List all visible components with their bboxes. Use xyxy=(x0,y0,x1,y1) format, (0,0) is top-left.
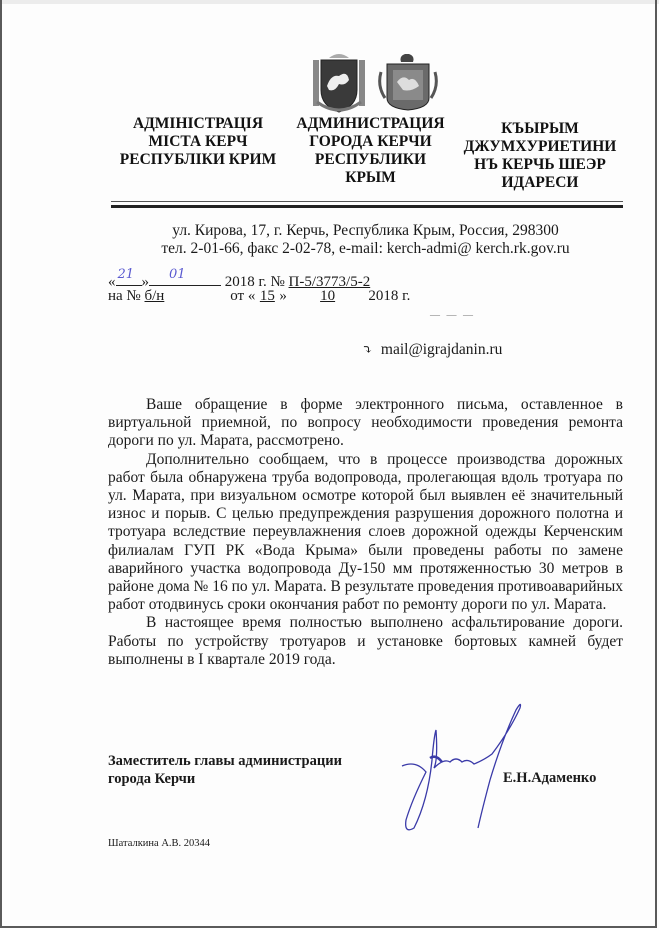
from-day: 15 xyxy=(255,288,279,305)
header-crimean-tatar: КЪЫРЫМ ДЖУМХУРИЕТИНИ НЪ КЕРЧЬ ШЕЭР ИДАРЕ… xyxy=(455,120,625,192)
handwritten-month: 01 xyxy=(169,266,186,283)
crimea-coat-of-arms-icon xyxy=(313,54,365,112)
kerch-coat-of-arms-icon xyxy=(380,54,437,110)
signatory-title: Заместитель главы администрации города К… xyxy=(108,752,342,788)
check-mark-icon: ⤵ xyxy=(362,342,373,358)
header-divider-thick xyxy=(111,205,623,208)
coats-of-arms xyxy=(309,52,439,114)
header-line: МІСТА КЕРЧ xyxy=(108,133,288,151)
incoming-reference: на № б/н от «15» 10 2018 г. xyxy=(108,288,410,305)
letter-body: Ваше обращение в форме электронного пись… xyxy=(108,396,623,669)
paragraph: Дополнительно сообщаем, что в процессе п… xyxy=(108,451,623,615)
contacts-line: тел. 2-01-66, факс 2-02-78, e-mail: kerc… xyxy=(108,239,623,258)
header-line: АДМИНИСТРАЦИЯ xyxy=(288,115,453,133)
handwritten-day: 21 xyxy=(118,266,135,283)
header-line: АДМІНІСТРАЦІЯ xyxy=(108,115,288,133)
address-line: ул. Кирова, 17, г. Керчь, Республика Кры… xyxy=(108,221,623,240)
recipient: ⤵mail@igrajdanin.ru xyxy=(362,341,502,359)
day-field: 21 xyxy=(116,272,142,286)
header-line: КРЫМ xyxy=(288,169,453,187)
header-line: ИДАРЕСИ xyxy=(455,174,625,192)
executor-info: Шаталкина А.В. 20344 xyxy=(108,838,210,849)
header-line: РЕСПУБЛІКИ КРИМ xyxy=(108,151,288,169)
on-number-label: на № xyxy=(108,288,141,304)
paragraph: Ваше обращение в форме электронного пись… xyxy=(108,396,623,451)
quote: » xyxy=(279,288,287,304)
title-line: Заместитель главы администрации xyxy=(108,752,342,770)
header-line: РЕСПУБЛИКИ xyxy=(288,151,453,169)
header-line: ДЖУМХУРИЕТИНИ xyxy=(455,138,625,156)
header-line: НЪ КЕРЧЬ ШЕЭР xyxy=(455,156,625,174)
from-year: 2018 г. xyxy=(368,288,410,304)
from-month: 10 xyxy=(291,288,365,305)
header-line: ГОРОДА КЕРЧИ xyxy=(288,133,453,151)
recipient-email: mail@igrajdanin.ru xyxy=(381,341,502,358)
incoming-number: б/н xyxy=(145,288,227,305)
header-line: КЪЫРЫМ xyxy=(455,120,625,138)
month-field: 01 xyxy=(149,272,221,286)
header-divider-thin xyxy=(111,201,623,202)
dash-marks: — — — xyxy=(430,310,475,321)
paragraph: В настоящее время полностью выполнено ас… xyxy=(108,614,623,669)
header-ukrainian: АДМІНІСТРАЦІЯ МІСТА КЕРЧ РЕСПУБЛІКИ КРИМ xyxy=(108,115,288,169)
header-russian: АДМИНИСТРАЦИЯ ГОРОДА КЕРЧИ РЕСПУБЛИКИ КР… xyxy=(288,115,453,187)
signatory-name: Е.Н.Адаменко xyxy=(503,770,596,787)
title-line: города Керчи xyxy=(108,770,342,788)
from-label: от « xyxy=(230,288,255,304)
